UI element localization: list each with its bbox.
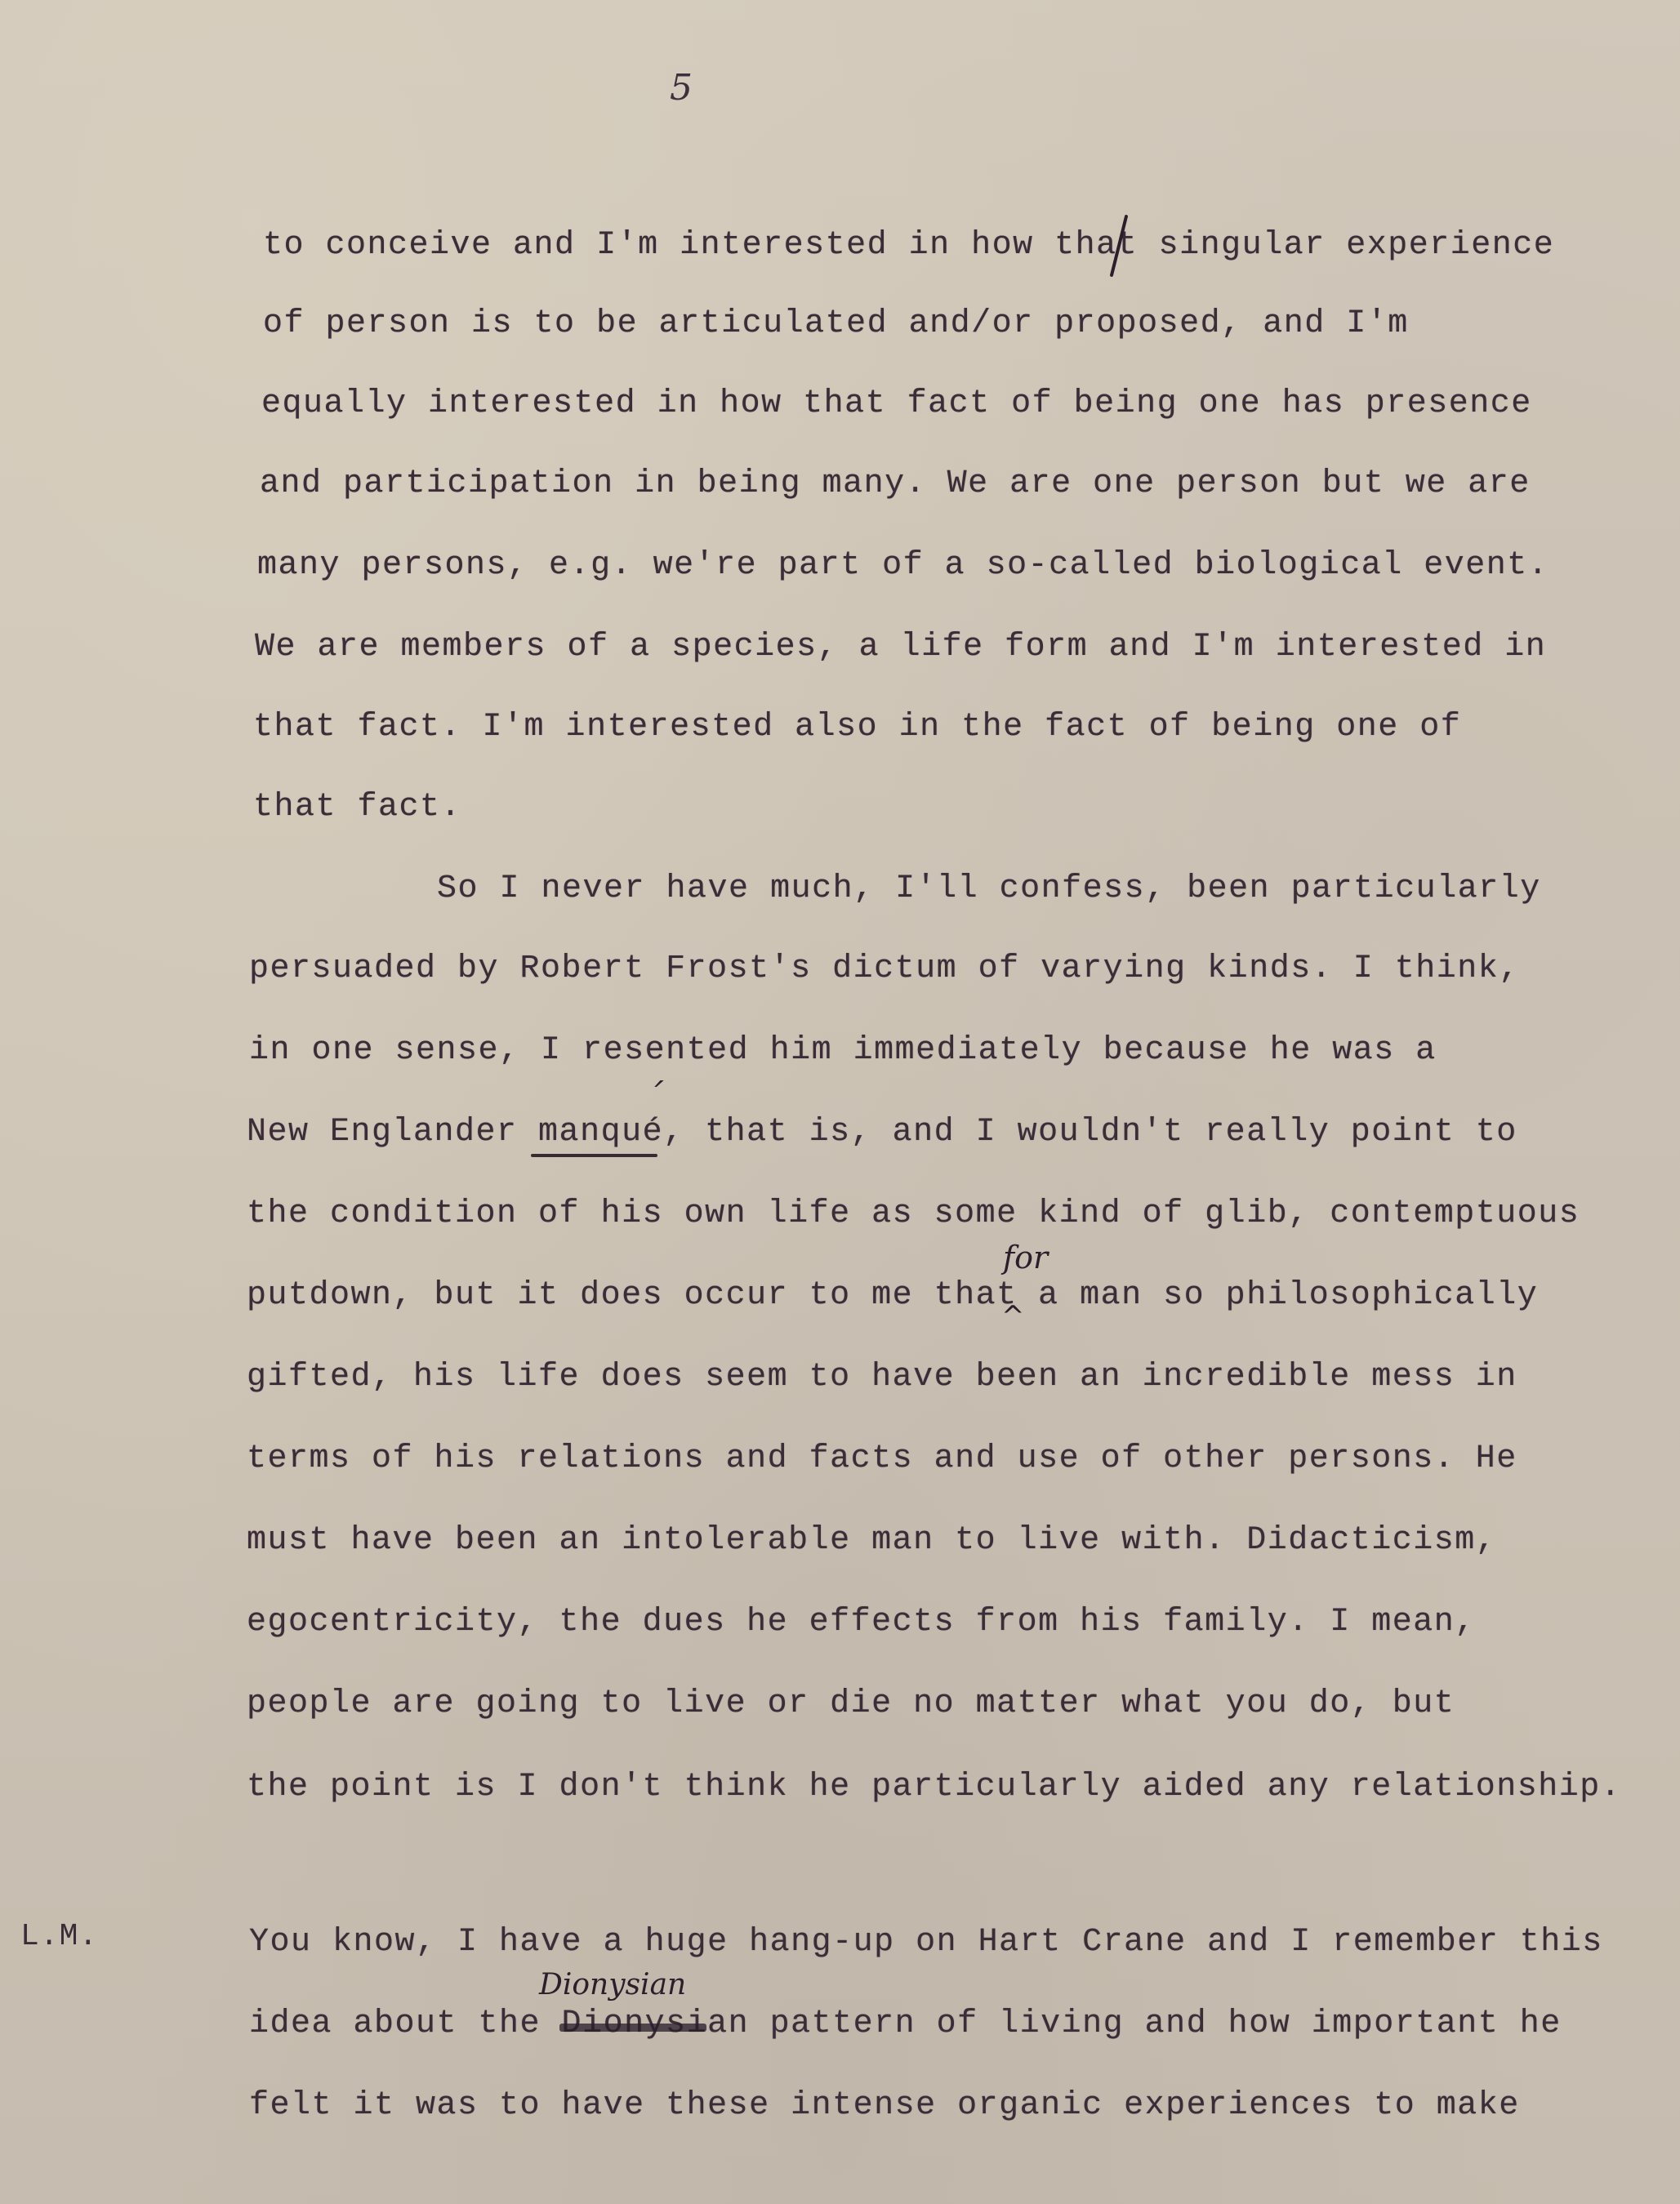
paragraph-1-line-6: We are members of a species, a life form… — [255, 629, 1546, 666]
paragraph-2-line-10: egocentricity, the dues he effects from … — [247, 1604, 1476, 1641]
paragraph-1-line-5: many persons, e.g. we're part of a so-ca… — [257, 547, 1549, 584]
paragraph-1-line-1: to conceive and I'm interested in how th… — [263, 227, 1554, 264]
paragraph-2-line-11: people are going to live or die no matte… — [247, 1685, 1455, 1722]
paragraph-2-line-3: in one sense, I resented him immediately… — [249, 1032, 1437, 1069]
handwritten-insert-dionysian: Dionysian — [539, 1968, 686, 2001]
paragraph-2-line-2: persuaded by Robert Frost's dictum of va… — [249, 951, 1520, 987]
page-number: 5 — [670, 67, 693, 109]
paragraph-1-line-2: of person is to be articulated and/or pr… — [263, 305, 1409, 342]
paragraph-2-line-4: New Englander manqué, that is, and I wou… — [247, 1114, 1517, 1151]
insertion-caret-icon: ^ — [1001, 1300, 1025, 1333]
paragraph-2-line-8: terms of his relations and facts and use… — [247, 1440, 1517, 1477]
paragraph-2-line-7: gifted, his life does seem to have been … — [247, 1359, 1517, 1396]
handwritten-accent-mark: ´ — [645, 1076, 663, 1118]
paragraph-3-line-2: idea about the Dionysian pattern of livi… — [249, 2006, 1562, 2042]
paragraph-1-line-4: and participation in being many. We are … — [260, 465, 1531, 502]
strikethrough-mark — [559, 2024, 706, 2032]
paragraph-3-line-3: felt it was to have these intense organi… — [249, 2087, 1520, 2124]
paragraph-3-line-1: You know, I have a huge hang-up on Hart … — [249, 1924, 1603, 1961]
paragraph-2-line-9: must have been an intolerable man to liv… — [247, 1522, 1496, 1559]
paragraph-2-line-1: So I never have much, I'll confess, been… — [437, 870, 1541, 907]
handwritten-underline-manque — [531, 1154, 657, 1157]
speaker-label: L.M. — [20, 1919, 98, 1954]
manuscript-page: 5 to conceive and I'm interested in how … — [0, 0, 1680, 2204]
handwritten-insert-for: for — [1003, 1240, 1048, 1276]
paragraph-2-line-6: putdown, but it does occur to me that a … — [247, 1277, 1538, 1314]
paragraph-1-line-3: equally interested in how that fact of b… — [261, 385, 1532, 422]
paragraph-1-line-8: that fact. — [253, 789, 461, 826]
paragraph-1-line-7: that fact. I'm interested also in the fa… — [253, 709, 1461, 746]
paragraph-2-line-12: the point is I don't think he particular… — [247, 1769, 1621, 1805]
paragraph-2-line-5: the condition of his own life as some ki… — [247, 1196, 1580, 1232]
